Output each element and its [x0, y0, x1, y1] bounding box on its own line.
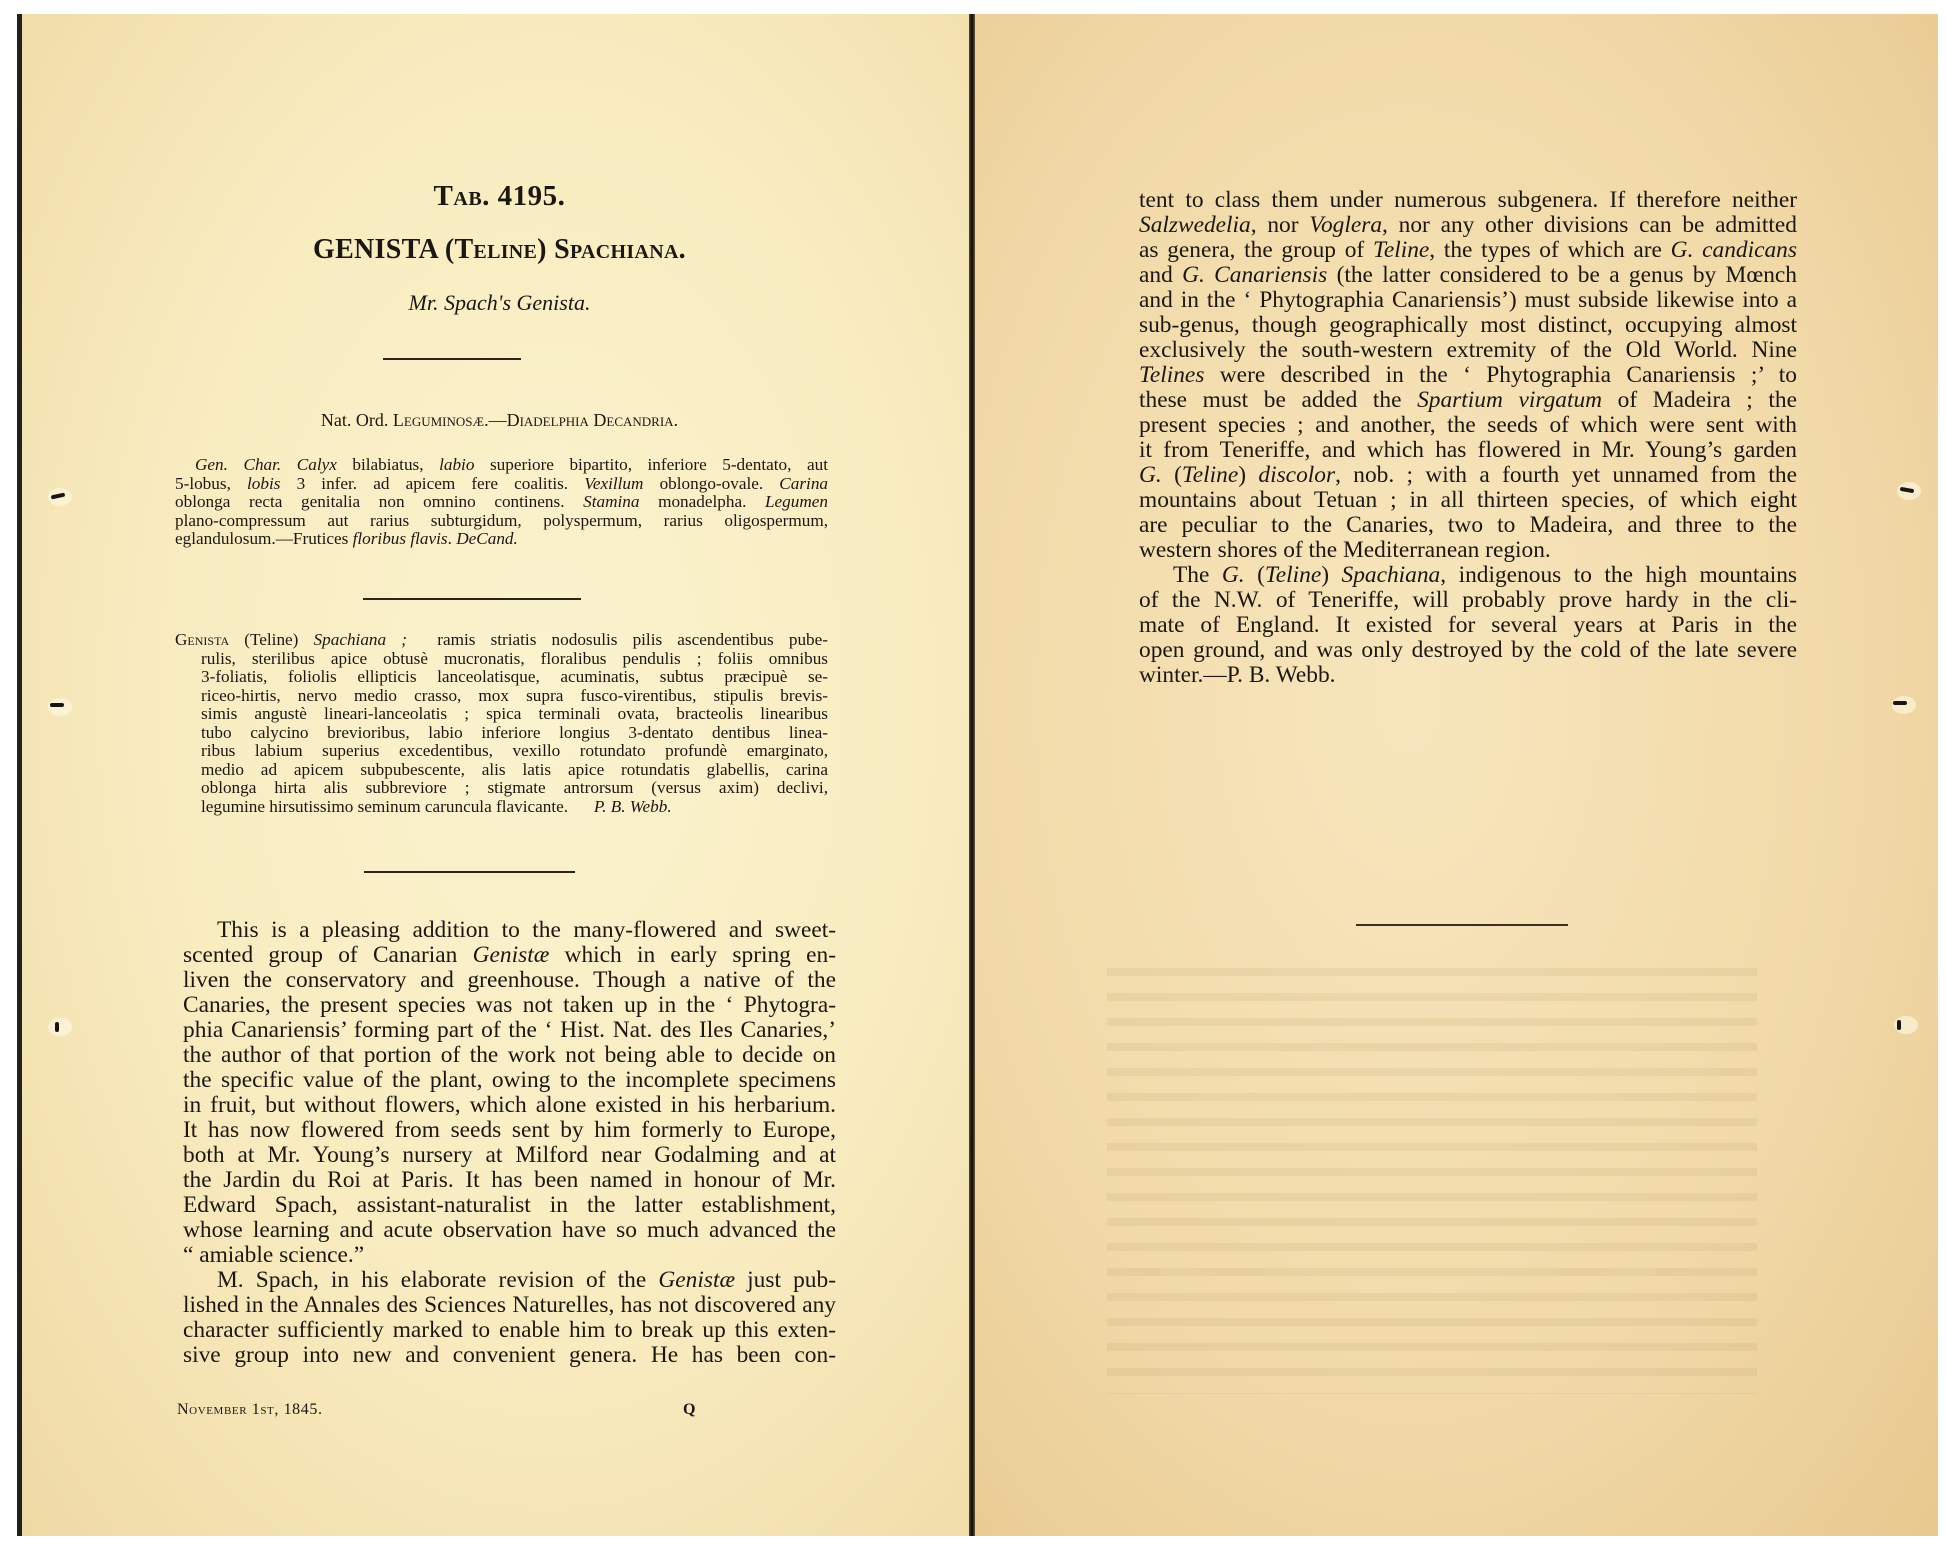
- body-line: open ground, and was only destroyed by t…: [1139, 638, 1797, 663]
- nat-ord-prefix: Nat. Ord.: [321, 410, 388, 430]
- body-line: of the N.W. of Teneriffe, will probably …: [1139, 588, 1797, 613]
- gen-char-line: oblonga recta genitalia non omnino conti…: [175, 493, 828, 512]
- spec-char-line: tubo calycino brevioribus, labio inferio…: [175, 724, 828, 743]
- body-line: as genera, the group of Teline, the type…: [1139, 238, 1797, 263]
- binding-hole: [48, 1018, 72, 1036]
- show-through-rule: [1356, 924, 1568, 926]
- body-line: Telines were described in the ‘ Phytogra…: [1139, 363, 1797, 388]
- spec-char-line: ribus labium superius excedentibus, vexi…: [175, 742, 828, 761]
- binding-thread-mark: [1893, 701, 1907, 705]
- body-line: G. (Teline) discolor, nob. ; with a four…: [1139, 463, 1797, 488]
- spec-char-line: rulis, sterilibus apice obtusè mucronati…: [175, 650, 828, 669]
- gen-char-line: plano-compressum aut rarius subturgidum,…: [175, 512, 828, 531]
- plate-number-text: Tab. 4195.: [434, 180, 566, 212]
- body-line: scented group of Canarian Genistæ which …: [183, 943, 836, 968]
- spec-char-line: medio ad apicem subpubescente, alis lati…: [175, 761, 828, 780]
- nat-ord-order: Leguminosæ.: [393, 410, 489, 430]
- body-line: character sufficiently marked to enable …: [183, 1318, 836, 1343]
- title-species: Spachiana.: [554, 234, 686, 265]
- binding-thread-mark: [50, 703, 64, 707]
- body-line: and in the ‘ Phytographia Canariensis’) …: [1139, 288, 1797, 313]
- gen-char-line: eglandulosum.—Frutices floribus flavis. …: [175, 530, 828, 549]
- nat-ord-separator: —: [489, 410, 507, 430]
- spec-char-author: P. B. Webb.: [594, 797, 672, 816]
- binding-thread-mark: [55, 1022, 59, 1032]
- spec-char-line: 3-foliatis, foliolis ellipticis lanceola…: [175, 668, 828, 687]
- body-line: tent to class them under numerous subgen…: [1139, 188, 1797, 213]
- spec-char-line: legumine hirsutissimo seminum caruncula …: [175, 798, 828, 817]
- body-line: both at Mr. Young’s nursery at Milford n…: [183, 1143, 836, 1168]
- body-line: The G. (Teline) Spachiana, indigenous to…: [1139, 563, 1797, 588]
- body-line: these must be added the Spartium virgatu…: [1139, 388, 1797, 413]
- body-line: Canaries, the present species was not ta…: [183, 993, 836, 1018]
- body-line: phia Canariensis’ forming part of the ‘ …: [183, 1018, 836, 1043]
- body-text-left: This is a pleasing addition to the many-…: [183, 918, 836, 1368]
- signature-mark: Q: [683, 1401, 695, 1419]
- body-line: in fruit, but without flowers, which alo…: [183, 1093, 836, 1118]
- species-title: GENISTA (Teline) Spachiana.: [22, 234, 977, 266]
- body-line: whose learning and acute observation hav…: [183, 1218, 836, 1243]
- section-rule: [363, 598, 581, 600]
- nat-ord-class: Diadelphia Decandria.: [507, 410, 679, 430]
- title-subgenus: (Teline): [445, 234, 547, 265]
- spec-char-line: oblonga hirta alis subbreviore ; stigmat…: [175, 779, 828, 798]
- body-line: sive group into new and convenient gener…: [183, 1343, 836, 1368]
- gen-char-line: Gen. Char. Calyx bilabiatus, labio super…: [175, 456, 828, 475]
- generic-character: Gen. Char. Calyx bilabiatus, labio super…: [175, 456, 828, 549]
- title-genus: GENISTA: [313, 234, 438, 265]
- body-text-right: tent to class them under numerous subgen…: [1139, 188, 1797, 688]
- body-line: it from Teneriffe, and which has flowere…: [1139, 438, 1797, 463]
- body-line: the specific value of the plant, owing t…: [183, 1068, 836, 1093]
- common-name: Mr. Spach's Genista.: [22, 290, 977, 316]
- natural-order: Nat. Ord. Leguminosæ.—Diadelphia Decandr…: [22, 410, 977, 431]
- body-line: sub-genus, though geographically most di…: [1139, 313, 1797, 338]
- specific-character: Genista (Teline) Spachiana ; ramis stria…: [175, 631, 828, 816]
- plate-number: Tab. 4195.: [22, 180, 977, 213]
- title-rule: [383, 358, 521, 360]
- body-line: It has now flowered from seeds sent by h…: [183, 1118, 836, 1143]
- binding-thread-mark: [1897, 1020, 1901, 1030]
- body-line: western shores of the Mediterranean regi…: [1139, 538, 1797, 563]
- body-line: This is a pleasing addition to the many-…: [183, 918, 836, 943]
- body-line: present species ; and another, the seeds…: [1139, 413, 1797, 438]
- spec-char-line: riceo-hirtis, nervo medio crasso, mox su…: [175, 687, 828, 706]
- spec-genus: Genista: [175, 630, 229, 649]
- publication-date: November 1st, 1845.: [177, 1401, 323, 1419]
- body-line: liven the conservatory and greenhouse. T…: [183, 968, 836, 993]
- body-line: winter.—P. B. Webb.: [1139, 663, 1797, 688]
- section-rule: [364, 871, 575, 873]
- body-line: exclusively the south-western extremity …: [1139, 338, 1797, 363]
- body-line: Edward Spach, assistant-naturalist in th…: [183, 1193, 836, 1218]
- body-line: mate of England. It existed for several …: [1139, 613, 1797, 638]
- show-through-text: [1107, 954, 1757, 1394]
- body-line: and G. Canariensis (the latter considere…: [1139, 263, 1797, 288]
- right-page: tent to class them under numerous subgen…: [975, 14, 1938, 1536]
- left-page: Tab. 4195. GENISTA (Teline) Spachiana. M…: [17, 14, 977, 1536]
- gen-char-line: 5-lobus, lobis 3 infer. ad apicem fere c…: [175, 475, 828, 494]
- body-line: M. Spach, in his elaborate revision of t…: [183, 1268, 836, 1293]
- body-line: the Jardin du Roi at Paris. It has been …: [183, 1168, 836, 1193]
- body-line: are peculiar to the Canaries, two to Mad…: [1139, 513, 1797, 538]
- spec-char-line: simis angustè lineari-lanceolatis ; spic…: [175, 705, 828, 724]
- binding-hole: [48, 698, 72, 716]
- spec-char-line: Genista (Teline) Spachiana ; ramis stria…: [175, 631, 828, 650]
- body-line: Salzwedelia, nor Voglera, nor any other …: [1139, 213, 1797, 238]
- body-line: the author of that portion of the work n…: [183, 1043, 836, 1068]
- body-line: “ amiable science.”: [183, 1243, 836, 1268]
- body-line: mountains about Tetuan ; in all thirteen…: [1139, 488, 1797, 513]
- binding-hole: [1892, 696, 1916, 714]
- body-line: lished in the Annales des Sciences Natur…: [183, 1293, 836, 1318]
